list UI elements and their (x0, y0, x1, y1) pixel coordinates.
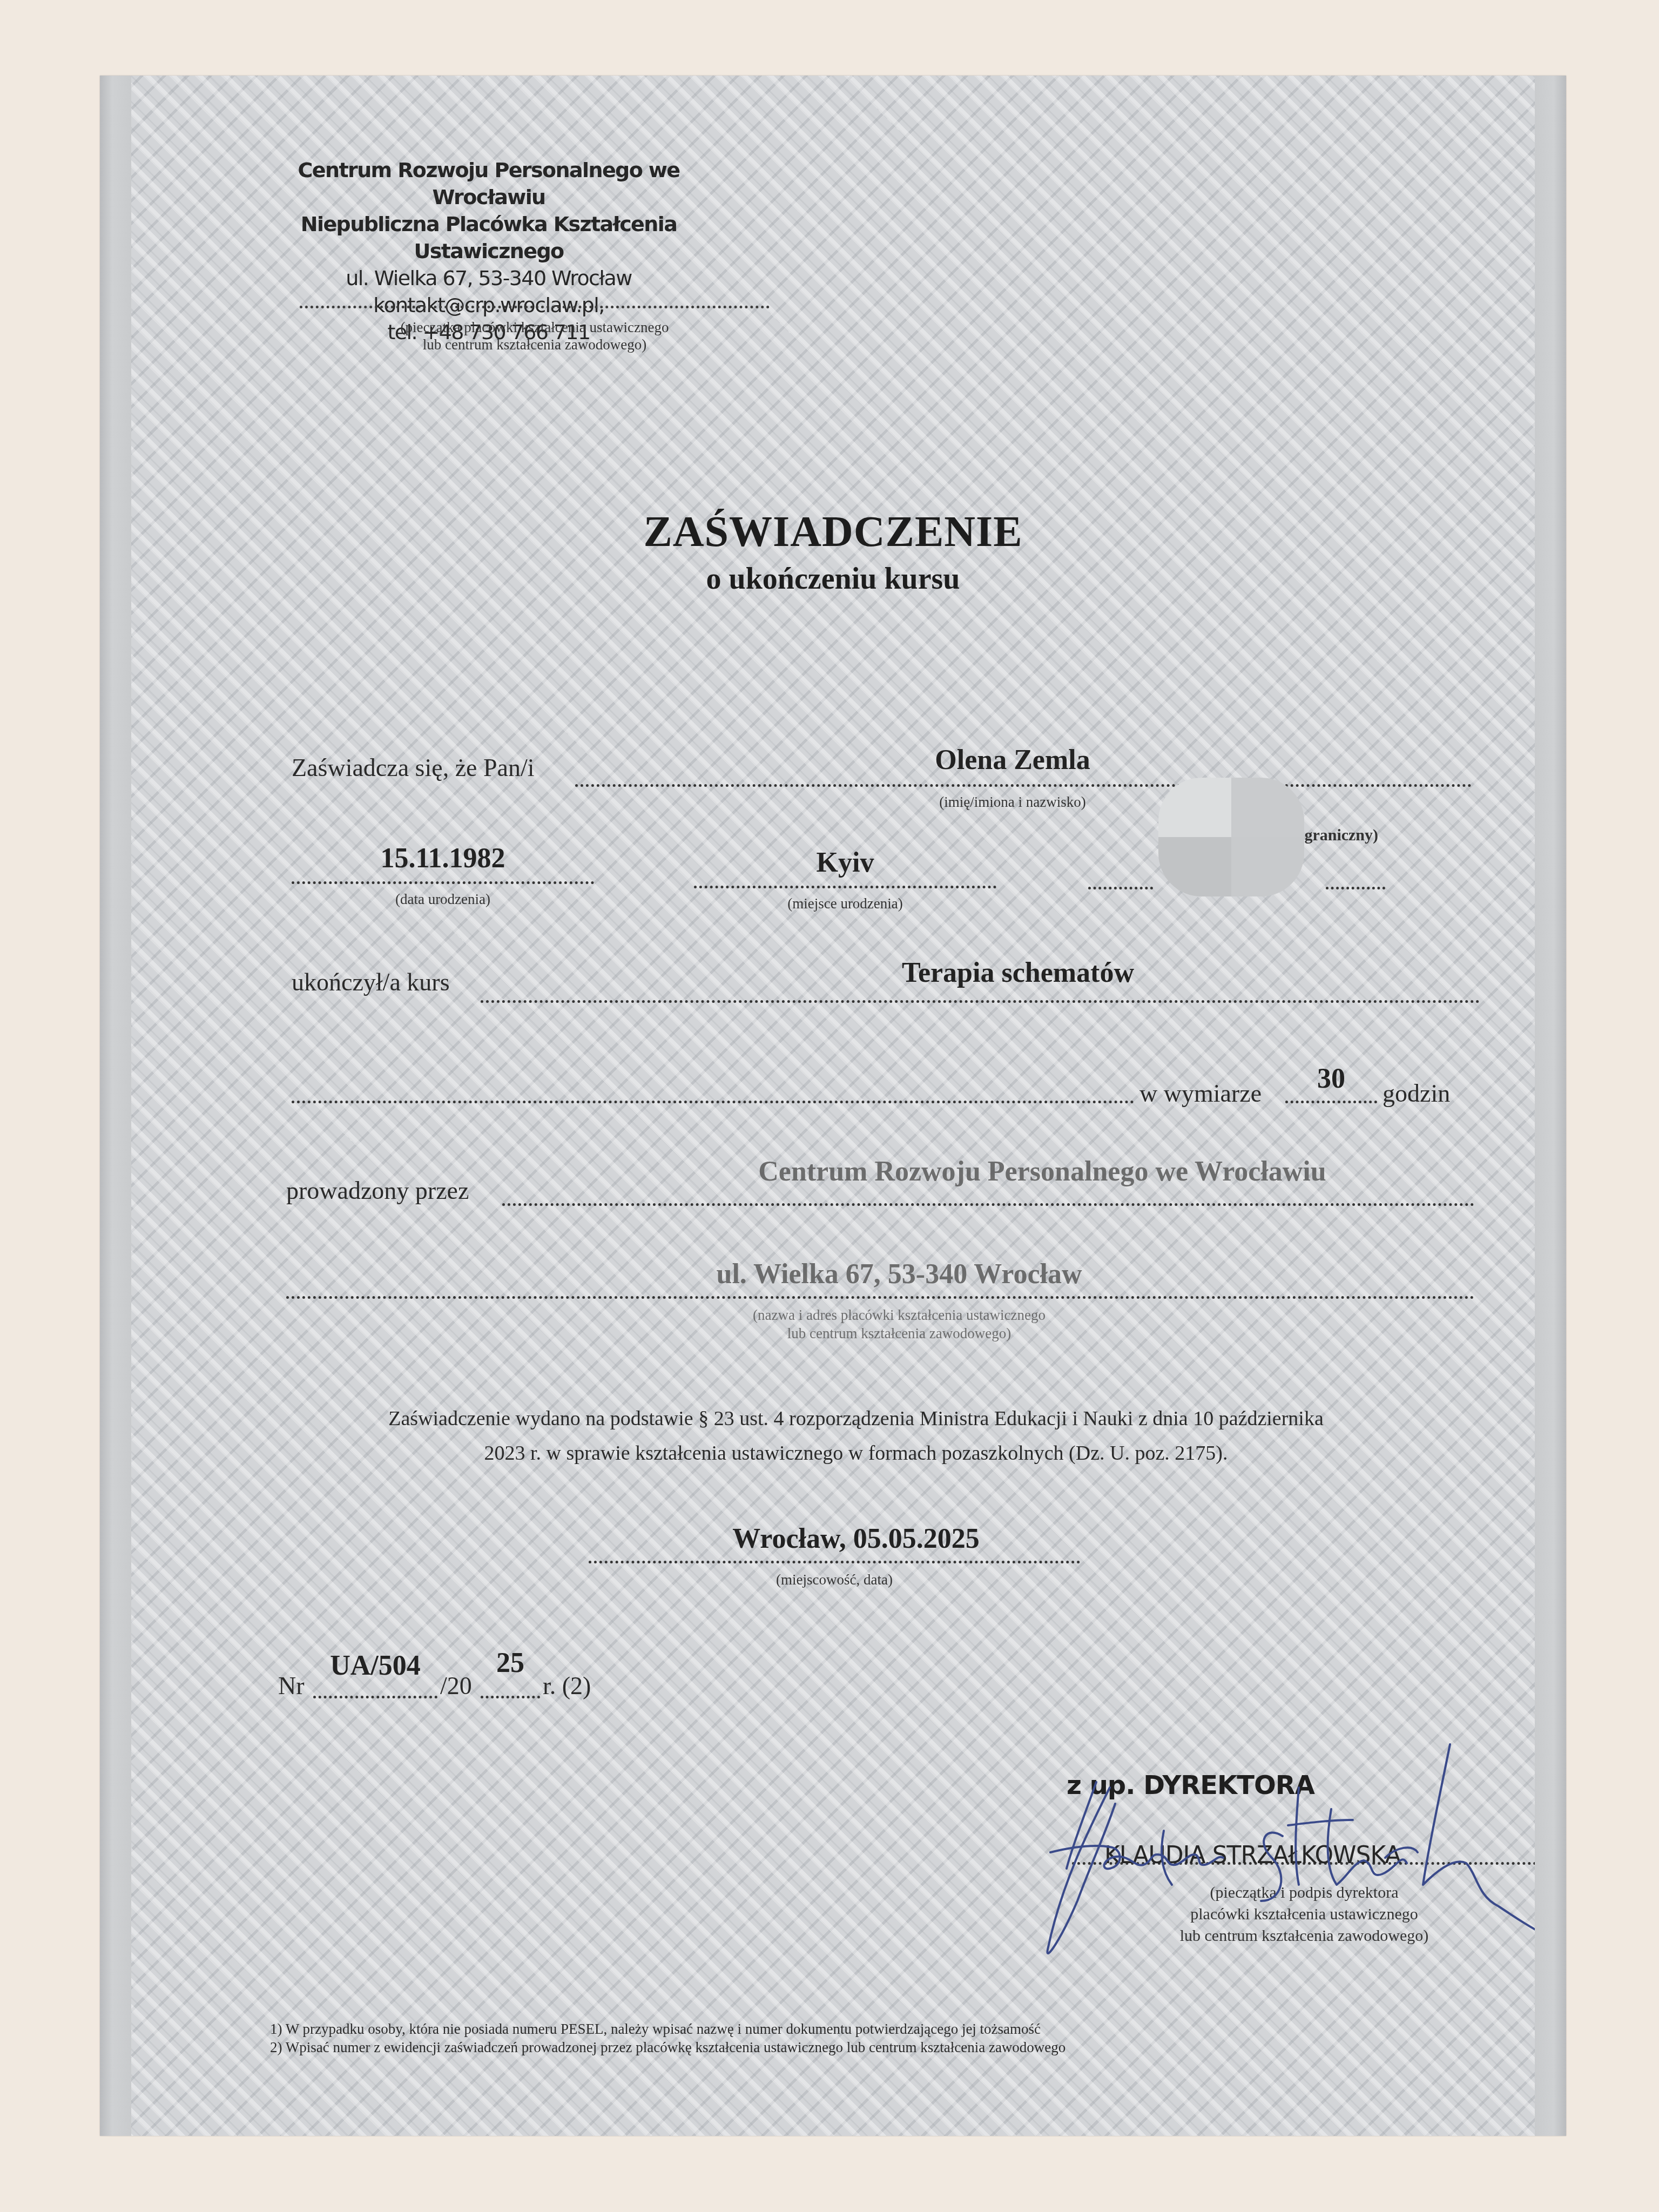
provider-address-dotted-line (286, 1296, 1474, 1299)
recipient-dotted-line (575, 784, 1472, 787)
birth-place-caption: (miejsce urodzenia) (694, 895, 996, 912)
course-dotted-line (481, 1000, 1480, 1003)
stamp-caption: (pieczątka placówki kształcenia ustawicz… (300, 319, 770, 353)
number-suffix: r. (2) (543, 1671, 591, 1700)
provider-caption-line: (nazwa i adres placówki kształcenia usta… (548, 1306, 1250, 1324)
issue-place-date: Wrocław, 05.05.2025 (586, 1523, 1126, 1555)
stamp-caption-line: (pieczątka placówki kształcenia ustawicz… (300, 319, 770, 336)
certificate-page: Centrum Rozwoju Personalnego we Wrocławi… (100, 76, 1566, 2136)
document-dotted-line-right (1326, 887, 1385, 889)
footnote: 2) Wpisać numer z ewidencji zaświadczeń … (270, 2038, 1512, 2056)
document-subtitle: o ukończeniu kursu (100, 562, 1566, 596)
birth-date-dotted-line (292, 881, 594, 884)
course-label: ukończył/a kurs (292, 968, 450, 996)
legal-basis: Zaświadczenie wydano na podstawie § 23 u… (262, 1401, 1450, 1471)
number-dotted-line (313, 1696, 437, 1698)
course-hours: 30 (1285, 1063, 1377, 1095)
issue-dotted-line (589, 1561, 1080, 1563)
hours-label-before: w wymiarze (1139, 1079, 1262, 1108)
provider-caption: (nazwa i adres placówki kształcenia usta… (548, 1306, 1250, 1343)
recipient-label: Zaświadcza się, że Pan/i (292, 753, 535, 782)
signatory-authority: z up. DYREKTORA (1067, 1770, 1314, 1800)
provider-label: prowadzony przez (286, 1176, 469, 1205)
number-prefix: Nr (278, 1671, 305, 1700)
signature-caption: (pieczątka i podpis dyrektora placówki k… (1104, 1882, 1504, 1947)
recipient-name: Olena Zemla (770, 744, 1256, 776)
stamp-dotted-line (300, 301, 770, 308)
document-title: ZAŚWIADCZENIE (100, 508, 1566, 557)
footnotes: 1) W przypadku osoby, która nie posiada … (270, 2020, 1512, 2056)
birth-date: 15.11.1982 (292, 842, 594, 874)
stamp-line: ul. Wielka 67, 53-340 Wrocław (262, 265, 716, 292)
legal-basis-line: 2023 r. w sprawie kształcenia ustawiczne… (262, 1436, 1450, 1471)
footnote: 1) W przypadku osoby, która nie posiada … (270, 2020, 1512, 2038)
provider-address: ul. Wielka 67, 53-340 Wrocław (548, 1258, 1250, 1290)
provider-dotted-line (502, 1203, 1474, 1206)
course-continuation-dotted-line (292, 1101, 1134, 1103)
stamp-line: Centrum Rozwoju Personalnego we Wrocławi… (262, 157, 716, 211)
number-year-prefix: /20 (440, 1671, 472, 1700)
redacted-document-number (1158, 778, 1304, 896)
hours-dotted-line (1285, 1101, 1377, 1103)
course-name: Terapia schematów (748, 957, 1288, 989)
hours-label-after: godzin (1382, 1079, 1450, 1108)
institution-stamp: Centrum Rozwoju Personalnego we Wrocławi… (262, 157, 716, 346)
stamp-line: Niepubliczna Placówka Kształcenia Ustawi… (262, 211, 716, 265)
legal-basis-line: Zaświadczenie wydano na podstawie § 23 u… (262, 1401, 1450, 1436)
year-dotted-line (481, 1696, 540, 1698)
document-dotted-line-left (1088, 887, 1153, 889)
birth-place-dotted-line (694, 886, 996, 888)
signatory-name: KLAUDIA STRZAŁKOWSKA (1104, 1842, 1401, 1869)
signature-caption-line: lub centrum kształcenia zawodowego) (1104, 1925, 1504, 1947)
signature-caption-line: placówki kształcenia ustawicznego (1104, 1904, 1504, 1925)
birth-place: Kyiv (694, 847, 996, 879)
provider-caption-line: lub centrum kształcenia zawodowego) (548, 1324, 1250, 1343)
signature-caption-line: (pieczątka i podpis dyrektora (1104, 1882, 1504, 1904)
certificate-number: UA/504 (313, 1650, 437, 1682)
stamp-caption-line: lub centrum kształcenia zawodowego) (300, 336, 770, 353)
provider-name: Centrum Rozwoju Personalnego we Wrocławi… (610, 1156, 1474, 1188)
birth-date-caption: (data urodzenia) (292, 891, 594, 908)
issue-caption: (miejscowość, data) (589, 1572, 1080, 1588)
certificate-year: 25 (481, 1647, 540, 1679)
